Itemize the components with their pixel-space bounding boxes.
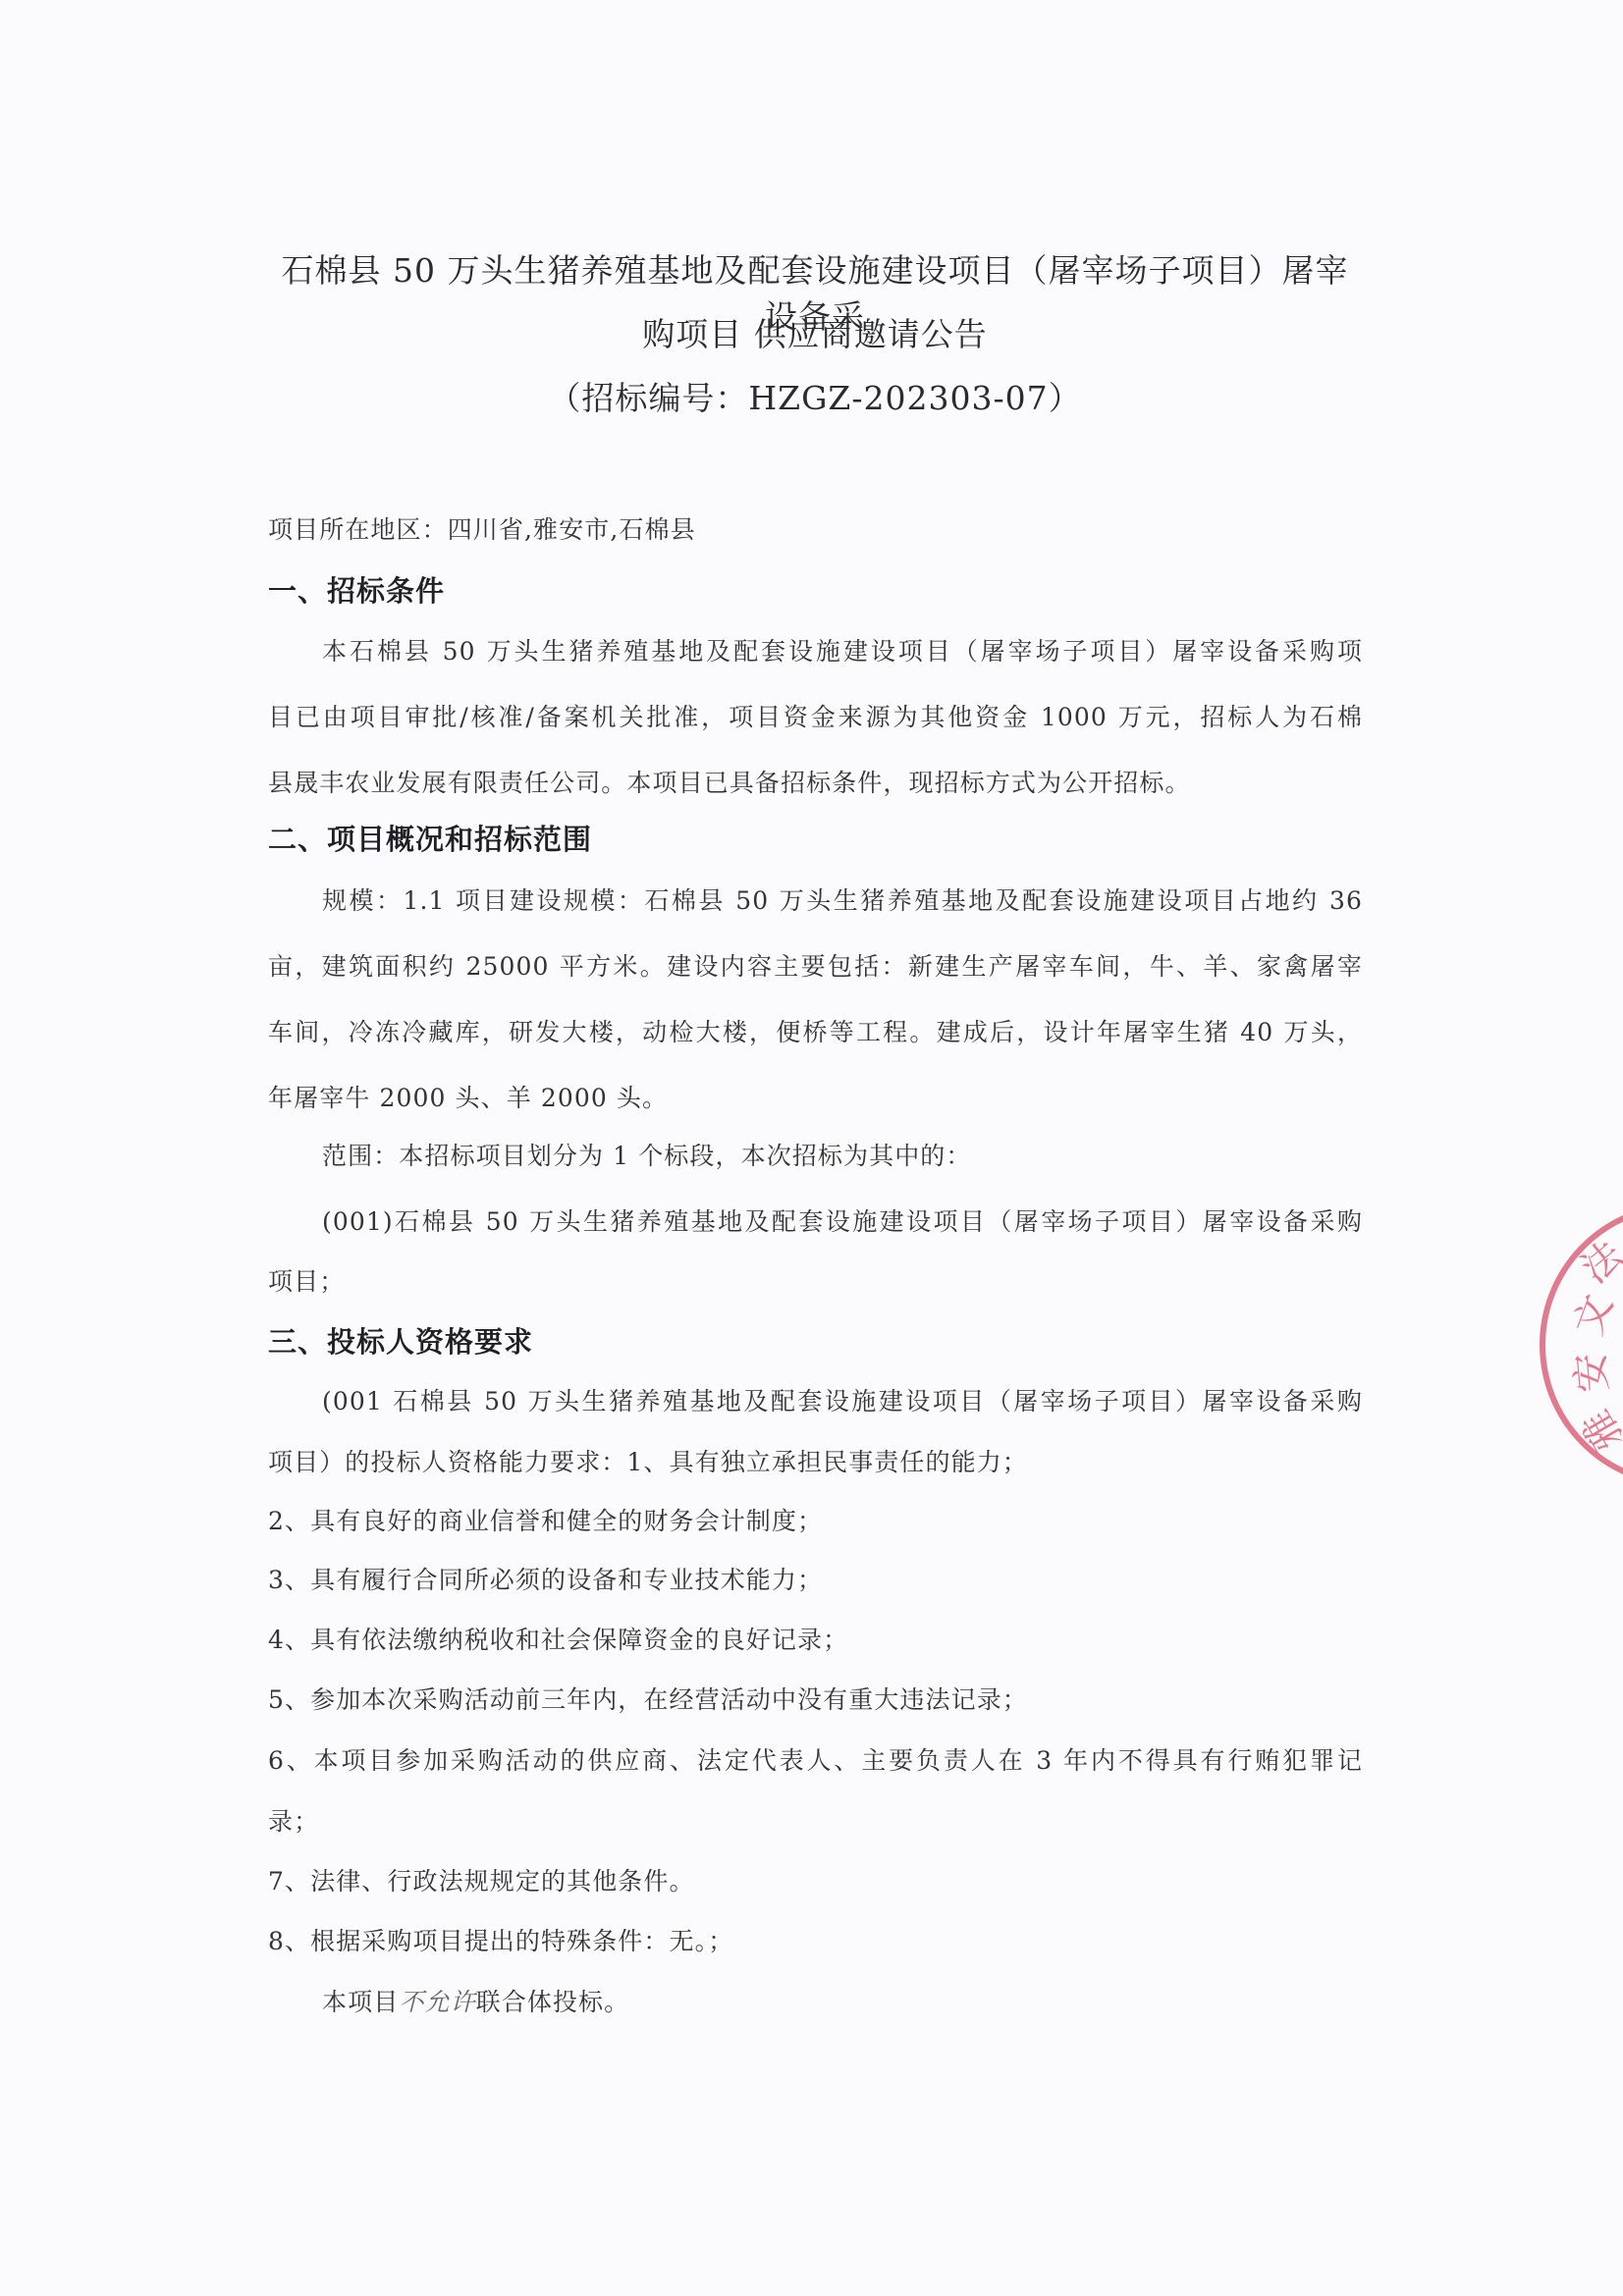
consortium-suffix: 联合体投标。 (476, 1988, 630, 2016)
consortium-prefix: 本项目 (322, 1988, 399, 2016)
paragraph-line: (001)石棉县 50 万头生猪养殖基地及配套设施建设项目（屠宰场子项目）屠宰设… (322, 1204, 1363, 1240)
paragraph-line: 项目）的投标人资格能力要求：1、具有独立承担民事责任的能力； (268, 1445, 1363, 1480)
requirement-item: 录； (268, 1804, 1363, 1840)
requirement-item: 3、具有履行合同所必须的设备和专业技术能力； (268, 1563, 1363, 1598)
requirement-item: 6、本项目参加采购活动的供应商、法定代表人、主要负责人在 3 年内不得具有行贿犯… (268, 1743, 1363, 1779)
requirement-item: 4、具有依法缴纳税收和社会保障资金的良好记录； (268, 1623, 1363, 1658)
paragraph-line: 范围：本招标项目划分为 1 个标段，本次招标为其中的： (322, 1139, 1417, 1174)
paragraph-line: 规模：1.1 项目建设规模：石棉县 50 万头生猪养殖基地及配套设施建设项目占地… (322, 883, 1363, 919)
section-heading-project-overview: 二、项目概况和招标范围 (268, 818, 592, 858)
requirement-item: 8、根据采购项目提出的特殊条件：无。； (268, 1924, 1363, 1959)
document-title-line-2: 购项目 供应商邀请公告 (265, 309, 1365, 355)
tender-number: （招标编号：HZGZ-202303-07） (265, 373, 1365, 419)
paragraph-line: 目已由项目审批/核准/备案机关批准，项目资金来源为其他资金 1000 万元，招标… (268, 700, 1363, 735)
consortium-statement: 本项目不允许联合体投标。 (322, 1985, 1417, 2020)
seal-char: 安 (1559, 1351, 1618, 1395)
requirement-item: 2、具有良好的商业信誉和健全的财务会计制度； (268, 1504, 1363, 1539)
section-heading-bidder-qualifications: 三、投标人资格要求 (268, 1320, 533, 1361)
requirement-item: 7、法律、行政法规规定的其他条件。 (268, 1864, 1363, 1899)
paragraph-line: 亩，建筑面积约 25000 平方米。建设内容主要包括：新建生产屠宰车间，牛、羊、… (268, 949, 1363, 985)
consortium-value: 不允许 (399, 1988, 475, 2016)
paragraph-line: 县晟丰农业发展有限责任公司。本项目已具备招标条件，现招标方式为公开招标。 (268, 766, 1363, 801)
requirement-item: 5、参加本次采购活动前三年内，在经营活动中没有重大违法记录； (268, 1682, 1363, 1718)
paragraph-line: 年屠宰牛 2000 头、羊 2000 头。 (268, 1081, 1363, 1116)
document-page: 石棉县 50 万头生猪养殖基地及配套设施建设项目（屠宰场子项目）屠宰设备采 购项… (0, 0, 1623, 2296)
paragraph-line: 车间，冷冻冷藏库，研发大楼，动检大楼，便桥等工程。建成后，设计年屠宰生猪 40 … (268, 1015, 1363, 1050)
paragraph-line: 项目； (268, 1264, 1363, 1300)
paragraph-line: (001 石棉县 50 万头生猪养殖基地及配套设施建设项目（屠宰场子项目）屠宰设… (322, 1384, 1363, 1419)
paragraph-line: 本石棉县 50 万头生猪养殖基地及配套设施建设项目（屠宰场子项目）屠宰设备采购项 (322, 634, 1363, 669)
section-heading-bidding-conditions: 一、招标条件 (268, 569, 445, 610)
project-region: 项目所在地区：四川省,雅安市,石棉县 (268, 512, 1363, 548)
